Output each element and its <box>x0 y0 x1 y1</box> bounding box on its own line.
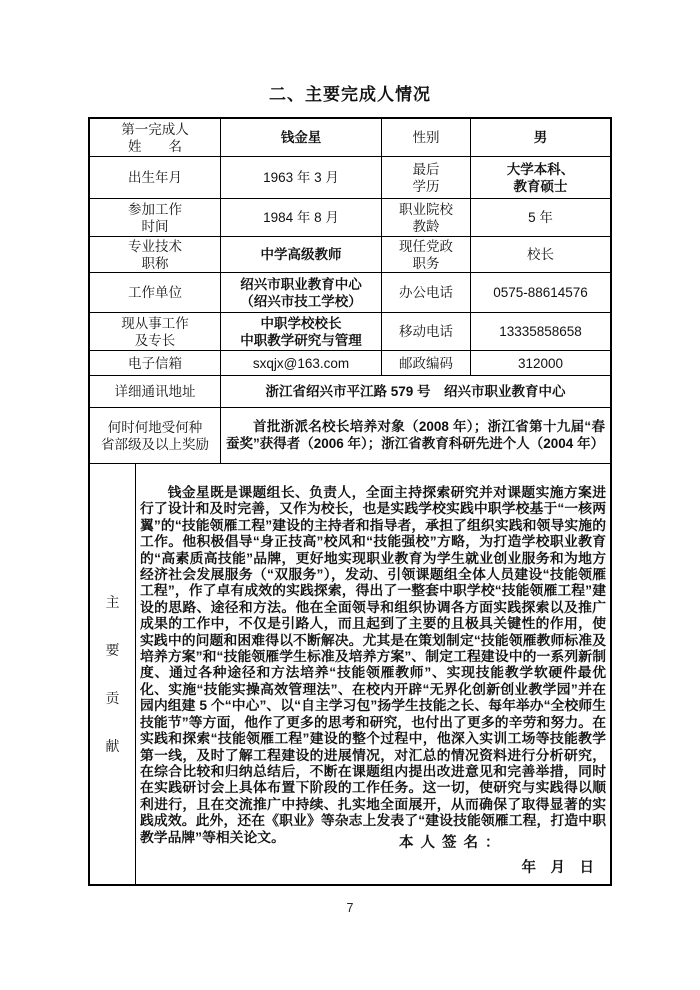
date-label: 年 月 日 <box>522 860 595 877</box>
label-final-education: 最后 学历 <box>382 157 471 198</box>
value-postal-code: 312000 <box>471 351 610 375</box>
completer-info-table: 第一完成人 姓 名 钱金星 性别 男 出生年月 1963 年 3 月 最后 学历… <box>88 117 612 886</box>
value-work-unit: 绍兴市职业教育中心 （绍兴市技工学校） <box>221 273 382 312</box>
table-row: 详细通讯地址 浙江省绍兴市平江路 579 号 绍兴市职业教育中心 <box>90 376 610 408</box>
table-row: 第一完成人 姓 名 钱金星 性别 男 <box>90 119 610 157</box>
table-row: 电子信箱 sxqjx@163.com 邮政编码 312000 <box>90 351 610 376</box>
label-work-unit: 工作单位 <box>90 273 221 312</box>
value-mailing-address: 浙江省绍兴市平江路 579 号 绍兴市职业教育中心 <box>221 376 610 407</box>
label-vocational-teaching-years: 职业院校 教龄 <box>382 199 471 236</box>
table-row: 现从事工作 及专长 中职学校校长 中职教学研究与管理 移动电话 13335858… <box>90 313 610 351</box>
label-office-phone: 办公电话 <box>382 273 471 312</box>
label-current-work-expertise: 现从事工作 及专长 <box>90 313 221 350</box>
table-row: 专业技术 职称 中学高级教师 现任党政 职务 校长 <box>90 237 610 273</box>
label-gender: 性别 <box>382 119 471 156</box>
value-current-party-position: 校长 <box>471 237 610 272</box>
value-work-start-time: 1984 年 8 月 <box>221 199 382 236</box>
label-birth-date: 出生年月 <box>90 157 221 198</box>
signature-label: 本人签名： <box>399 835 507 852</box>
label-main-contribution: 主要贡献 <box>90 464 136 884</box>
value-mobile-phone: 13335858658 <box>471 313 610 350</box>
label-mailing-address: 详细通讯地址 <box>90 376 221 407</box>
label-mobile-phone: 移动电话 <box>382 313 471 350</box>
value-final-education: 大学本科、 教育硕士 <box>471 157 610 198</box>
label-current-party-position: 现任党政 职务 <box>382 237 471 272</box>
label-work-start-time: 参加工作 时间 <box>90 199 221 236</box>
label-postal-code: 邮政编码 <box>382 351 471 375</box>
value-office-phone: 0575-88614576 <box>471 273 610 312</box>
label-awards: 何时何地受何种 省部级及以上奖励 <box>90 408 221 463</box>
document-page: 二、主要完成人情况 第一完成人 姓 名 钱金星 性别 男 出生年月 1963 年… <box>0 0 700 990</box>
value-first-completer-name: 钱金星 <box>221 119 382 156</box>
value-current-work-expertise: 中职学校校长 中职教学研究与管理 <box>221 313 382 350</box>
label-professional-title: 专业技术 职称 <box>90 237 221 272</box>
value-gender: 男 <box>471 119 610 156</box>
table-row: 工作单位 绍兴市职业教育中心 （绍兴市技工学校） 办公电话 0575-88614… <box>90 273 610 313</box>
page-number: 7 <box>0 901 700 915</box>
value-birth-date: 1963 年 3 月 <box>221 157 382 198</box>
table-row: 参加工作 时间 1984 年 8 月 职业院校 教龄 5 年 <box>90 199 610 237</box>
value-email: sxqjx@163.com <box>221 351 382 375</box>
value-professional-title: 中学高级教师 <box>221 237 382 272</box>
main-contribution-cell: 钱金星既是课题组长、负责人，全面主持探索研究并对课题实施方案进行了设计和及时完善… <box>136 464 610 884</box>
table-row: 出生年月 1963 年 3 月 最后 学历 大学本科、 教育硕士 <box>90 157 610 199</box>
label-first-completer-name: 第一完成人 姓 名 <box>90 119 221 156</box>
value-awards: 首批浙派名校长培养对象（2008 年）；浙江省第十九届“春蚕奖”获得者（2006… <box>221 416 610 455</box>
main-contribution-text: 钱金星既是课题组长、负责人，全面主持探索研究并对课题实施方案进行了设计和及时完善… <box>140 485 606 846</box>
table-row: 主要贡献 钱金星既是课题组长、负责人，全面主持探索研究并对课题实施方案进行了设计… <box>90 464 610 884</box>
page-title: 二、主要完成人情况 <box>0 0 700 106</box>
label-email: 电子信箱 <box>90 351 221 375</box>
table-row: 何时何地受何种 省部级及以上奖励 首批浙派名校长培养对象（2008 年）；浙江省… <box>90 408 610 464</box>
value-vocational-teaching-years: 5 年 <box>471 199 610 236</box>
